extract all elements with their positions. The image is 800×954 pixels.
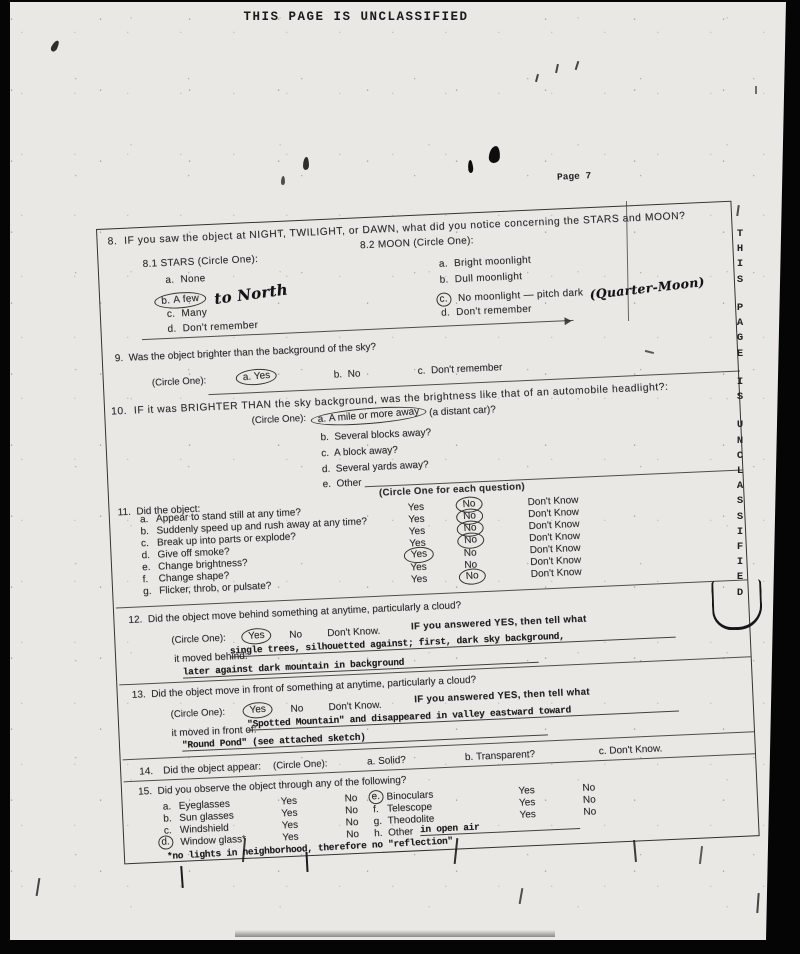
q15-no: No	[344, 793, 357, 805]
answer-circle: d.	[158, 835, 174, 850]
option-letter: c.	[167, 309, 176, 320]
q15-yes: Yes	[518, 785, 535, 797]
option-suffix: (a distant car)?	[429, 404, 496, 418]
q13-if-yes-prompt: IF you answered YES, then tell what	[414, 686, 590, 705]
q10-option-c: c. A block away?	[321, 445, 398, 459]
q15-no: No	[345, 817, 358, 829]
option-text: Bright moonlight	[454, 255, 531, 269]
question-number: 15.	[138, 786, 152, 798]
q15-no: No	[345, 805, 358, 817]
q14-circle-instruction: (Circle One):	[273, 758, 328, 771]
q9-option-c: c. Don't remember	[417, 362, 502, 377]
option-letter: f.	[142, 574, 148, 585]
option-text: A few	[173, 293, 200, 306]
option-letter: d.	[322, 464, 331, 475]
q10-option-b: b. Several blocks away?	[320, 427, 431, 443]
option-letter: e.	[371, 791, 380, 802]
option-letter: d.	[161, 836, 170, 847]
handwritten-note: (Quarter-Moon)	[589, 274, 706, 302]
option-letter: c.	[417, 365, 425, 376]
q8-moon-option-b: b. Dull moonlight	[439, 271, 522, 286]
q15-no: No	[583, 794, 596, 806]
option-letter: a.	[242, 371, 251, 383]
option-text: Windshield	[180, 823, 229, 836]
option-text: Window glass*	[180, 834, 246, 848]
q8-stars-option-c: c. Many	[167, 307, 208, 320]
option-text: Many	[181, 307, 207, 319]
ink-blob	[281, 176, 285, 185]
q15-yes: Yes	[281, 820, 298, 832]
q15-yes: Yes	[281, 808, 298, 820]
q11-yes: Yes	[411, 574, 428, 586]
q11-yes: Yes	[410, 562, 427, 574]
option-letter: b.	[439, 274, 448, 285]
option-text: None	[180, 273, 206, 285]
q11-dont-know: Don't Know	[529, 543, 580, 556]
option-letter: b.	[161, 295, 171, 307]
q11-dont-know: Don't Know	[528, 519, 579, 532]
q15-no: No	[583, 806, 596, 818]
answer-circle: c.	[436, 292, 452, 307]
option-letter: c.	[439, 293, 448, 304]
option-letter: b.	[465, 752, 474, 763]
q12-dont-know: Don't Know.	[327, 626, 380, 639]
question-number: 10.	[111, 406, 127, 418]
option-letter: a.	[317, 413, 326, 425]
q15-yes: Yes	[280, 796, 297, 808]
option-letter: f.	[373, 804, 379, 815]
q11-yes: Yes	[407, 502, 424, 514]
q8-stars-option-a: a. None	[165, 273, 206, 286]
questionnaire-form: 8. IF you saw the object at NIGHT, TWILI…	[96, 201, 760, 865]
q11-dont-know: Don't Know	[529, 531, 580, 544]
option-text: Eyeglasses	[179, 799, 231, 812]
scratch-mark	[755, 86, 757, 94]
q12-circle-instruction: (Circle One):	[171, 633, 226, 646]
q9-option-a: a. Yes	[235, 368, 277, 386]
question-number: 14.	[139, 766, 153, 778]
q12-if-yes-prompt: IF you answered YES, then tell what	[411, 614, 587, 633]
option-text: Dull moonlight	[454, 271, 522, 285]
q15-yes: Yes	[282, 832, 299, 844]
q10-option-e: e. Other	[322, 477, 361, 490]
option-letter: a.	[140, 514, 149, 525]
q8-moon-option-a: a. Bright moonlight	[439, 255, 532, 270]
option-letter: d.	[141, 550, 150, 561]
q11-yes: Yes	[409, 526, 426, 538]
option-letter: d.	[167, 324, 176, 335]
question-number: 13.	[132, 689, 146, 701]
option-text: Solid?	[378, 755, 406, 767]
q8-stars-option-b: b. A few to North	[154, 284, 289, 310]
option-text: Telescope	[387, 802, 432, 815]
option-text: No	[347, 368, 360, 380]
q15-no: No	[582, 782, 595, 794]
option-text: Several yards away?	[336, 459, 429, 474]
q8-stars-option-d: d. Don't remember	[167, 320, 258, 335]
top-classification-banner: THIS PAGE IS UNCLASSIFIED	[0, 10, 712, 24]
q10-circle-instruction: (Circle One):	[251, 413, 306, 426]
question-9: 9. Was the object brighter than the back…	[115, 342, 377, 365]
scan-smudge	[235, 930, 555, 937]
q15-yes: Yes	[519, 797, 536, 809]
option-letter: a.	[367, 756, 376, 767]
option-text: A mile or more away	[329, 406, 420, 424]
option-letter: b.	[333, 369, 342, 380]
option-text: Don't remember	[182, 320, 258, 334]
option-letter: b.	[163, 813, 172, 824]
option-letter: g.	[143, 586, 152, 597]
option-letter: c.	[321, 448, 329, 459]
q11-dont-know: Don't Know	[528, 507, 579, 520]
q11-dont-know: Don't Know	[527, 495, 578, 508]
option-letter: b.	[320, 432, 329, 443]
q13-no: No	[290, 703, 303, 715]
q10-option-d: d. Several yards away?	[322, 459, 429, 475]
option-text: Binoculars	[386, 790, 433, 803]
option-text: Several blocks away?	[334, 427, 431, 442]
question-number: 8.	[107, 236, 117, 247]
q9-option-b: b. No	[333, 368, 360, 380]
option-text: Other	[336, 477, 361, 489]
option-text: No moonlight — pitch dark	[458, 287, 584, 304]
option-letter: h.	[374, 828, 383, 839]
q9-circle-instruction: (Circle One):	[152, 375, 207, 388]
q13-yes-circled: Yes	[242, 701, 274, 719]
question-text: Did the object appear:	[163, 761, 261, 776]
option-letter: a.	[165, 275, 174, 286]
option-letter: g.	[373, 816, 382, 827]
answer-circle: a. Yes	[235, 367, 278, 386]
handwritten-note: to North	[213, 280, 289, 308]
option-letter: a.	[163, 801, 172, 812]
option-text: Yes	[253, 370, 270, 382]
option-letter: a.	[439, 258, 448, 269]
q12-yes-circled: Yes	[241, 627, 273, 645]
q14-option-b: b. Transparent?	[465, 749, 536, 763]
q11-dont-know: Don't Know	[530, 555, 581, 568]
side-classification-text: THISPAGEISUNCLASSIFIED	[733, 228, 747, 599]
q11-yes: Yes	[408, 514, 425, 526]
question-number: 12.	[128, 614, 142, 626]
q11-no-circled: No	[458, 568, 486, 586]
q13-dont-know: Don't Know.	[328, 700, 381, 713]
option-letter: c.	[141, 538, 149, 549]
q11-dont-know: Don't Know	[531, 567, 582, 580]
q11-no: No	[464, 547, 477, 559]
q14-option-a: a. Solid?	[367, 755, 406, 768]
section-divider	[365, 469, 743, 487]
option-text: Don't Know.	[609, 743, 662, 756]
option-letter: e.	[142, 562, 151, 573]
option-text: A block away?	[334, 445, 398, 459]
option-text: Don't remember	[431, 362, 503, 376]
answer-circle: e.	[368, 790, 384, 805]
option-text: Transparent?	[476, 749, 536, 763]
q8-moon-heading: 8.2 MOON (Circle One):	[360, 235, 474, 251]
option-letter: d.	[441, 307, 450, 318]
question-text: Was the object brighter than the backgro…	[128, 342, 376, 364]
option-text: Don't remember	[456, 304, 532, 318]
q15-no: No	[346, 829, 359, 841]
scanned-document-page: THIS PAGE IS UNCLASSIFIED Page 7 8. IF y…	[0, 0, 800, 954]
ink-blob	[303, 157, 309, 170]
q12-no: No	[289, 629, 302, 641]
q8-stars-heading: 8.1 STARS (Circle One):	[142, 254, 258, 270]
q13-circle-instruction: (Circle One):	[170, 707, 225, 720]
q14-option-c: c. Don't Know.	[599, 743, 663, 757]
question-number: 9.	[115, 353, 124, 364]
page-number: Page 7	[557, 170, 592, 182]
option-letter: c.	[599, 746, 607, 757]
option-letter: b.	[140, 526, 149, 537]
option-letter: e.	[322, 479, 331, 490]
